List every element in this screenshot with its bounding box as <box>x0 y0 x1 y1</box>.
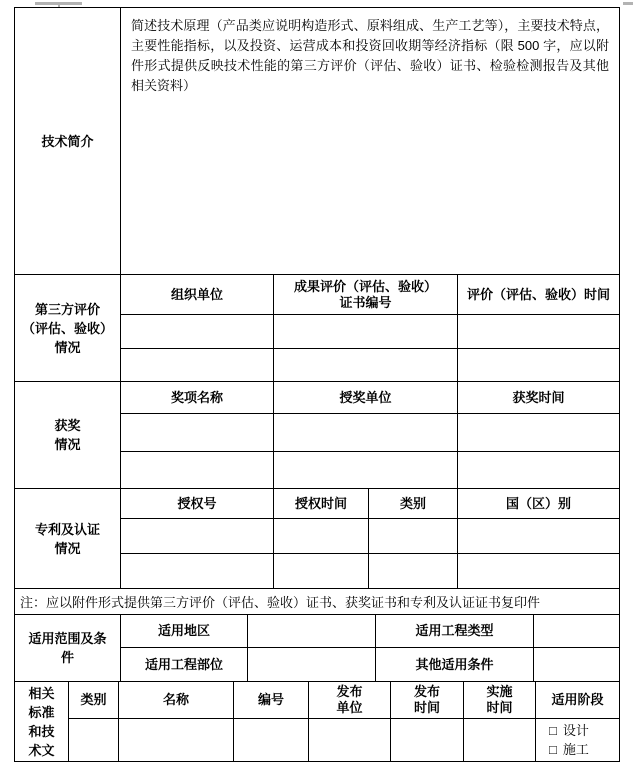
scope-field-label-project-part: 适用工程部位 <box>121 648 248 681</box>
input-cell-organizing-unit-1[interactable] <box>121 315 274 348</box>
third-party-eval-label: 第三方评价 （评估、验收） 情况 <box>15 275 121 381</box>
header-authorization-time: 授权时间 <box>274 489 369 518</box>
page-artifact-right <box>623 2 633 5</box>
header-applicable-stage: 适用阶段 <box>536 682 619 718</box>
input-cell-standard-category[interactable] <box>69 719 119 761</box>
stage-checkbox-group: □ 设计 □ 施工 <box>536 719 619 761</box>
third-party-header-row: 组织单位 成果评价（评估、验收） 证书编号 评价（评估、验收）时间 <box>121 275 619 315</box>
header-certificate-number: 成果评价（评估、验收） 证书编号 <box>274 275 458 314</box>
awards-header-row: 奖项名称 授奖单位 获奖时间 <box>121 382 619 414</box>
input-cell-country-region-2[interactable] <box>458 554 619 588</box>
scope-label: 适用范围及条 件 <box>15 615 121 681</box>
awards-input-row-2 <box>121 452 619 488</box>
header-award-name: 奖项名称 <box>121 382 274 413</box>
scope-field-label-other-conditions: 其他适用条件 <box>376 648 534 681</box>
input-cell-award-name-1[interactable] <box>121 414 274 451</box>
input-cell-organizing-unit-2[interactable] <box>121 349 274 381</box>
input-cell-patent-category-1[interactable] <box>369 519 458 553</box>
scope-field-label-region: 适用地区 <box>121 615 248 647</box>
scope-section: 适用范围及条 件 适用地区 适用工程类型 适用工程部位 其他适用条件 <box>15 614 619 681</box>
input-cell-award-time-1[interactable] <box>458 414 619 451</box>
tech-intro-description[interactable]: 简述技术原理（产品类应说明构造形式、原料组成、生产工艺等），主要技术特点，主要性… <box>121 8 619 274</box>
document-page: 技术简介 简述技术原理（产品类应说明构造形式、原料组成、生产工艺等），主要技术特… <box>0 0 633 767</box>
scope-field-label-project-type: 适用工程类型 <box>376 615 534 647</box>
input-cell-award-name-2[interactable] <box>121 452 274 488</box>
third-party-input-row-2 <box>121 349 619 381</box>
input-cell-authorization-number-2[interactable] <box>121 554 274 588</box>
header-publish-time: 发布 时间 <box>391 682 464 718</box>
scope-row-2: 适用工程部位 其他适用条件 <box>121 648 619 681</box>
scope-input-project-part[interactable] <box>248 648 376 681</box>
header-standard-name: 名称 <box>119 682 234 718</box>
checkbox-icon[interactable]: □ <box>549 740 557 759</box>
header-standard-category: 类别 <box>69 682 119 718</box>
application-form-table: 技术简介 简述技术原理（产品类应说明构造形式、原料组成、生产工艺等），主要技术特… <box>14 7 620 762</box>
awards-section: 获奖 情况 奖项名称 授奖单位 获奖时间 <box>15 381 619 488</box>
header-eval-time: 评价（评估、验收）时间 <box>458 275 619 314</box>
input-cell-award-unit-2[interactable] <box>274 452 458 488</box>
standards-input-row: □ 设计 □ 施工 <box>69 719 619 761</box>
header-standard-number: 编号 <box>234 682 309 718</box>
attachment-note-row: 注：应以附件形式提供第三方评价（评估、验收）证书、获奖证书和专利及认证证书复印件 <box>15 588 619 614</box>
input-cell-eval-time-2[interactable] <box>458 349 619 381</box>
stage-option-label: 施工 <box>563 740 589 759</box>
input-cell-publish-time[interactable] <box>391 719 464 761</box>
input-cell-implement-time[interactable] <box>464 719 536 761</box>
scope-input-project-type[interactable] <box>534 615 619 647</box>
header-award-time: 获奖时间 <box>458 382 619 413</box>
input-cell-authorization-number-1[interactable] <box>121 519 274 553</box>
header-implement-time: 实施 时间 <box>464 682 536 718</box>
standards-label: 相关 标准 和技 术文 <box>15 682 69 761</box>
patents-header-row: 授权号 授权时间 类别 国（区）别 <box>121 489 619 519</box>
input-cell-patent-category-2[interactable] <box>369 554 458 588</box>
header-award-unit: 授奖单位 <box>274 382 458 413</box>
stage-option-label: 设计 <box>563 721 589 740</box>
patents-input-row-2 <box>121 554 619 588</box>
input-cell-certificate-number-2[interactable] <box>274 349 458 381</box>
scope-input-other-conditions[interactable] <box>534 648 619 681</box>
input-cell-standard-number[interactable] <box>234 719 309 761</box>
patents-section: 专利及认证 情况 授权号 授权时间 类别 国（区）别 <box>15 488 619 588</box>
input-cell-standard-name[interactable] <box>119 719 234 761</box>
header-patent-category: 类别 <box>369 489 458 518</box>
scope-input-region[interactable] <box>248 615 376 647</box>
input-cell-award-unit-1[interactable] <box>274 414 458 451</box>
checkbox-icon[interactable]: □ <box>549 721 557 740</box>
tech-intro-label: 技术简介 <box>15 8 121 274</box>
input-cell-award-time-2[interactable] <box>458 452 619 488</box>
header-country-region: 国（区）别 <box>458 489 619 518</box>
patents-input-row-1 <box>121 519 619 554</box>
attachment-note-text: 注：应以附件形式提供第三方评价（评估、验收）证书、获奖证书和专利及认证证书复印件 <box>15 592 619 611</box>
input-cell-country-region-1[interactable] <box>458 519 619 553</box>
header-authorization-number: 授权号 <box>121 489 274 518</box>
input-cell-eval-time-1[interactable] <box>458 315 619 348</box>
header-organizing-unit: 组织单位 <box>121 275 274 314</box>
input-cell-authorization-time-2[interactable] <box>274 554 369 588</box>
awards-label: 获奖 情况 <box>15 382 121 488</box>
input-cell-authorization-time-1[interactable] <box>274 519 369 553</box>
third-party-input-row-1 <box>121 315 619 349</box>
tech-intro-section: 技术简介 简述技术原理（产品类应说明构造形式、原料组成、生产工艺等），主要技术特… <box>15 8 619 274</box>
patents-label: 专利及认证 情况 <box>15 489 121 588</box>
input-cell-publish-unit[interactable] <box>309 719 391 761</box>
standards-header-row: 类别 名称 编号 发布 单位 发布 时间 实施 时间 适用阶段 <box>69 682 619 719</box>
header-publish-unit: 发布 单位 <box>309 682 391 718</box>
input-cell-certificate-number-1[interactable] <box>274 315 458 348</box>
third-party-eval-section: 第三方评价 （评估、验收） 情况 组织单位 成果评价（评估、验收） 证书编号 评… <box>15 274 619 381</box>
standards-section: 相关 标准 和技 术文 类别 名称 编号 发布 单位 发布 时间 实施 时间 适… <box>15 681 619 761</box>
awards-input-row-1 <box>121 414 619 452</box>
stage-checkbox-design[interactable]: □ 设计 <box>549 721 589 740</box>
stage-checkbox-construction[interactable]: □ 施工 <box>549 740 589 759</box>
scope-row-1: 适用地区 适用工程类型 <box>121 615 619 648</box>
